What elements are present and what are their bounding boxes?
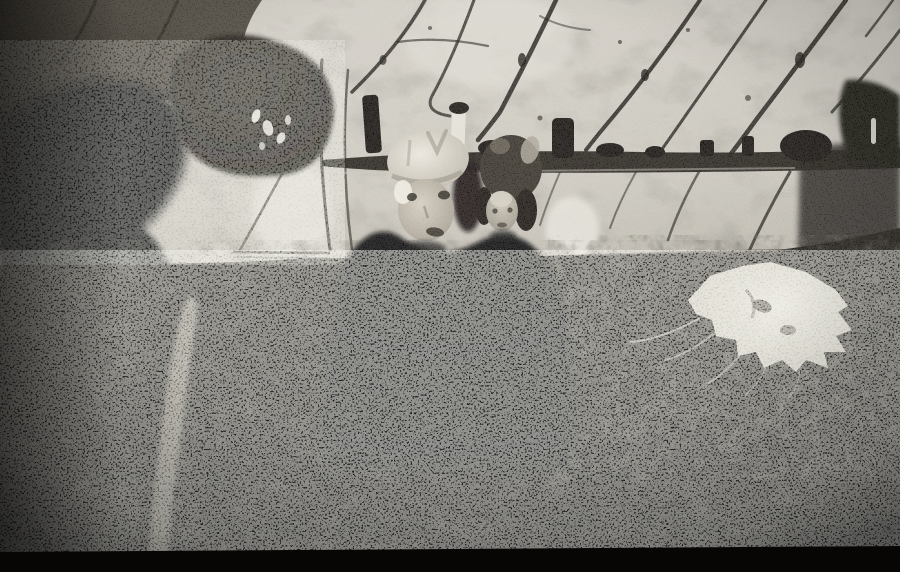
photograph (0, 0, 900, 572)
vignette (0, 0, 900, 572)
photo-frame (0, 0, 900, 572)
